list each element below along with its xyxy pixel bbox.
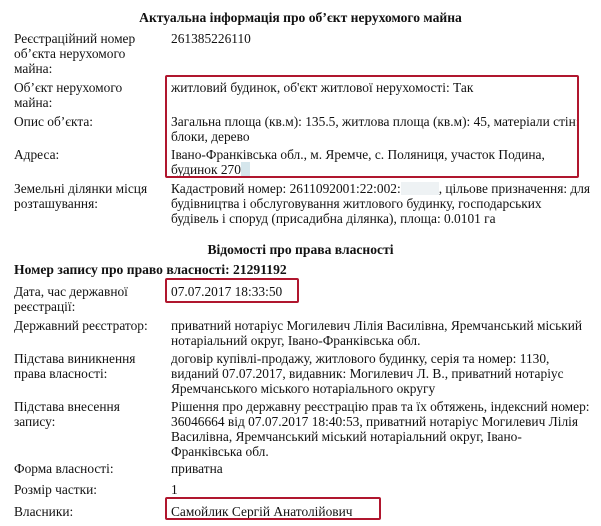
- basis-origin-value: договір купівлі-продажу, житлового будин…: [171, 351, 591, 396]
- record-number: Номер запису про право власності: 212911…: [14, 262, 287, 277]
- share-size-label: Розмір частки:: [14, 482, 164, 497]
- description-value: Загальна площа (кв.м): 135.5, житлова пл…: [171, 114, 591, 144]
- basis-entry-value: Рішення про державну реєстрацію прав та …: [171, 399, 591, 459]
- cadastral-prefix: Кадастровий номер: 2611092001:22:002:: [171, 181, 401, 196]
- registrar-value: приватний нотаріус Могилевич Лілія Васил…: [171, 318, 591, 348]
- land-value: Кадастровий номер: 2611092001:22:002:, ц…: [171, 181, 591, 226]
- address-value: Івано-Франківська обл., м. Яремче, с. По…: [171, 147, 591, 177]
- redacted-cadastral: [401, 182, 439, 195]
- object-value: житловий будинок, об'єкт житлової нерухо…: [171, 80, 591, 95]
- reg-datetime-value: 07.07.2017 18:33:50: [171, 284, 591, 299]
- registrar-label: Державний реєстратор:: [14, 318, 164, 333]
- description-label: Опис об’єкта:: [14, 114, 164, 129]
- reg-number-label: Реєстраційний номер об’єкта нерухомого м…: [14, 31, 154, 76]
- object-label: Об’єкт нерухомого майна:: [14, 80, 134, 110]
- redacted-mark: [241, 162, 250, 176]
- owners-label: Власники:: [14, 504, 164, 519]
- ownership-form-label: Форма власності:: [14, 461, 164, 476]
- owners-value: Самойлик Сергій Анатолійович: [171, 504, 591, 519]
- land-label: Земельні ділянки місця розташування:: [14, 181, 164, 211]
- basis-entry-label: Підстава внесення запису:: [14, 399, 134, 429]
- share-size-value: 1: [171, 482, 591, 497]
- address-label: Адреса:: [14, 147, 164, 162]
- basis-origin-label: Підстава виникнення права власності:: [14, 351, 149, 381]
- address-text: Івано-Франківська обл., м. Яремче, с. По…: [171, 147, 545, 177]
- ownership-form-value: приватна: [171, 461, 591, 476]
- rights-section-title: Відомості про права власності: [0, 242, 601, 257]
- object-section-title: Актуальна інформація про об’єкт нерухомо…: [0, 10, 601, 25]
- reg-datetime-label: Дата, час державної реєстрації:: [14, 284, 139, 314]
- reg-number-value: 261385226110: [171, 31, 591, 46]
